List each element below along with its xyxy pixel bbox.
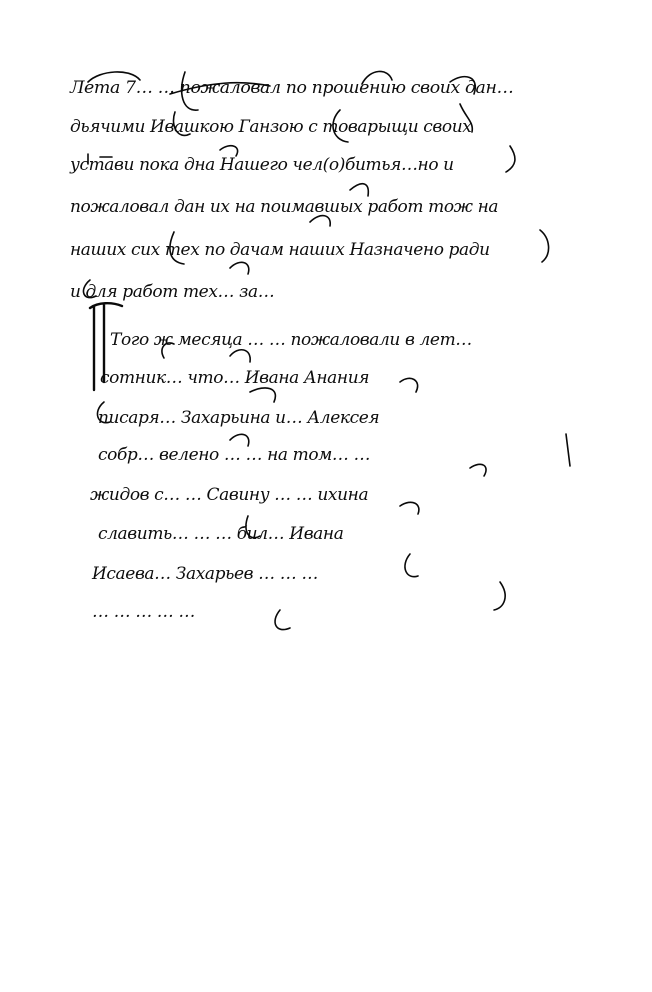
manuscript-line-2: дьячими Ивашкою Ганзою с товарыщи своих <box>70 117 471 137</box>
manuscript-line-5: наших сих тех по дачам наших Назначено р… <box>70 240 490 260</box>
manuscript-line-10: собр… велено … … на том… … <box>98 445 370 465</box>
manuscript-line-12: славить… … … бил… Ивана <box>98 524 343 544</box>
manuscript-line-9: писаря… Захарьина и… Алексея <box>98 408 379 428</box>
manuscript-line-7: Того ж месяца … … пожаловали в лет… <box>110 330 472 350</box>
manuscript-line-1: Лета 7… … пожаловал по прошению своих да… <box>70 78 513 98</box>
manuscript-line-8: сотник… что… Ивана Анания <box>100 368 369 388</box>
manuscript-line-6: и для работ тех… за… <box>70 282 274 302</box>
handwriting-flourishes-icon <box>70 62 590 642</box>
manuscript-page: Лета 7… … пожаловал по прошению своих да… <box>0 0 652 992</box>
manuscript-line-13: Исаева… Захарьев … … … <box>92 564 318 584</box>
manuscript-line-4: пожаловал дан их на поимавшых работ тож … <box>70 197 498 217</box>
manuscript-line-14: … … … … … <box>92 602 195 622</box>
manuscript-line-3: устави пока дна Нашего чел(о)битья…но и <box>70 155 454 175</box>
manuscript-line-11: жидов с… … Савину … … ихина <box>90 485 368 505</box>
